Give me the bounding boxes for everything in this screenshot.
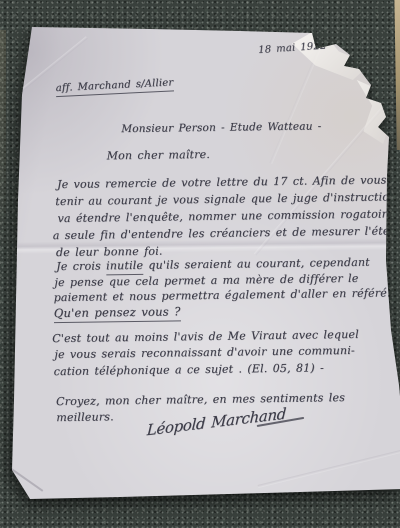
handwritten-letter-text: 18 mai 1922 aff. Marchand s/Allier Monsi… bbox=[0, 0, 400, 528]
body-line-6-suffix: qu'ils seraient au courant, cependant bbox=[143, 256, 370, 272]
body-line-10: C'est tout au moins l'avis de Me Viraut … bbox=[52, 329, 359, 344]
body-line-3: va étendre l'enquête, nommer une commiss… bbox=[57, 208, 394, 224]
letter-paper: 18 mai 1922 aff. Marchand s/Allier Monsi… bbox=[0, 0, 400, 528]
closing-line-1: Croyez, mon cher maître, en mes sentimen… bbox=[56, 392, 345, 407]
body-line-4: a seule fin d'entendre les créanciers et… bbox=[53, 225, 400, 241]
recipient-line: Monsieur Person - Etude Watteau - bbox=[121, 121, 321, 134]
letter-date: 18 mai 1922 bbox=[258, 41, 327, 56]
body-line-5: de leur bonne foi. bbox=[56, 246, 163, 258]
salutation-line: Mon cher maître. bbox=[107, 149, 211, 161]
question-text: Qu'en pensez vous ? bbox=[54, 304, 181, 322]
body-line-6-prefix: Je crois bbox=[56, 259, 106, 273]
letter-photograph: 18 mai 1922 aff. Marchand s/Allier Monsi… bbox=[0, 0, 400, 528]
body-line-1: Je vous remercie de votre lettre du 17 c… bbox=[57, 174, 387, 190]
case-reference-text: aff. Marchand s/Allier bbox=[55, 77, 173, 96]
body-line-12: cation téléphonique a ce sujet . (El. 05… bbox=[54, 362, 324, 377]
underlined-question-line: Qu'en pensez vous ? bbox=[54, 306, 181, 319]
body-line-11: je vous serais reconnaissant d'avoir une… bbox=[54, 345, 355, 360]
body-line-6: Je crois inutile qu'ils seraient au cour… bbox=[56, 257, 370, 272]
body-line-2: tenir au courant je vous signale que le … bbox=[55, 191, 396, 207]
body-line-7: je pense que cela permet a ma mère de di… bbox=[54, 273, 358, 288]
closing-line-2: meilleurs. bbox=[56, 411, 114, 423]
case-reference: aff. Marchand s/Allier bbox=[56, 78, 174, 94]
body-line-8: paiement et nous permettra également d'a… bbox=[54, 287, 391, 303]
signature: Léopold Marchand bbox=[146, 406, 286, 438]
body-line-6-underlined-word: inutile bbox=[106, 259, 143, 275]
paper-shadow-wrapper: 18 mai 1922 aff. Marchand s/Allier Monsi… bbox=[0, 0, 400, 528]
